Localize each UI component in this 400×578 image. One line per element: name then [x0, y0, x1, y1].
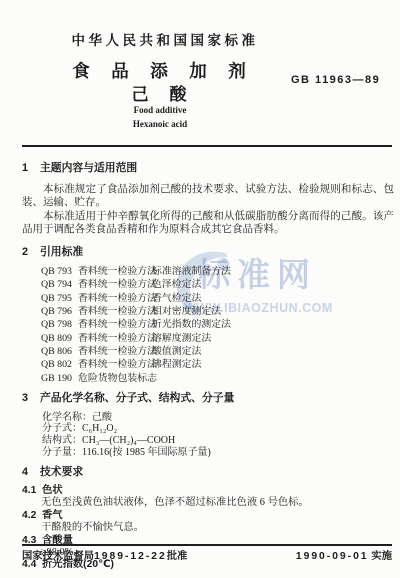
document-title-line2: 己 酸 [20, 80, 300, 105]
standard-number: GB 11963—89 [291, 74, 380, 86]
reference-code: GB 190 [41, 372, 78, 385]
section1-number: 1 [22, 162, 40, 176]
implementation-statement: 1990-09-01 实施 [296, 547, 392, 562]
implementation-date: 1990-09-01 [296, 551, 369, 562]
reference-row: QB 806 香料统一检验方法 酸值测定法 [41, 345, 394, 358]
reference-name: 色泽检定法 [152, 278, 201, 291]
chemical-info-line: 结构式：CH₃—(CH₂)₄—COOH [42, 435, 394, 447]
section4-number: 4 [22, 466, 40, 480]
reference-name: 溶解度测定法 [152, 332, 211, 345]
national-standard-label: 中华人民共和国国家标准 [30, 29, 300, 49]
technical-requirement-item: 4.2香气 干酪般的不愉快气息。 [22, 510, 394, 535]
reference-method: 香料统一检验方法 [78, 332, 152, 345]
section1-paragraph2: 本标准适用于仲辛醇氧化所得的己酸和从低碳脂肪酸分离而得的己酸。该产品用于调配各类… [22, 210, 394, 237]
references-list: QB 793 香料统一检验方法 标准溶液制备方法 QB 794 香料统一检验方法… [22, 265, 394, 385]
section3-heading: 3产品化学名称、分子式、结构式、分子量 [22, 392, 394, 406]
technical-requirement-title: 色状 [42, 485, 63, 496]
reference-row: GB 190 危险货物包装标志 [41, 372, 394, 385]
english-subtitle-line1: Food additive [20, 105, 300, 115]
reference-code: QB 809 [41, 332, 78, 345]
reference-name: 沸程测定法 [152, 358, 201, 371]
technical-requirement-number: 4.1 [22, 485, 42, 497]
section2-title: 引用标准 [40, 246, 83, 258]
reference-code: QB 796 [41, 305, 78, 318]
reference-code: QB 793 [41, 265, 78, 278]
implementation-suffix: 实施 [371, 551, 392, 562]
reference-method: 危险货物包装标志 [78, 372, 152, 385]
reference-row: QB 798 香料统一检验方法 折光指数的测定法 [41, 318, 394, 331]
reference-name: 相对密度测定法 [152, 305, 221, 318]
reference-code: QB 802 [41, 358, 78, 371]
section4-title: 技术要求 [40, 466, 83, 478]
technical-requirement-title: 香气 [42, 510, 63, 521]
header-divider [22, 145, 392, 147]
technical-requirement-text: 干酪般的不愉快气息。 [22, 522, 394, 534]
reference-method: 香料统一检验方法 [78, 318, 152, 331]
approval-suffix: 批准 [167, 551, 188, 562]
approval-statement: 国家技术监督局1989-12-22批准 [22, 547, 187, 562]
reference-row: QB 794 香料统一检验方法 色泽检定法 [41, 278, 394, 291]
approval-date: 1989-12-22 [94, 551, 167, 562]
technical-requirement-text: 无色至浅黄色油状液体，色泽不超过标准比色液 6 号色标。 [22, 497, 394, 509]
section3-number: 3 [22, 392, 40, 406]
reference-row: QB 802 香料统一检验方法 沸程测定法 [41, 358, 394, 371]
reference-row: QB 795 香料统一检验方法 香气检定法 [41, 292, 394, 305]
reference-code: QB 806 [41, 345, 78, 358]
reference-name: 香气检定法 [152, 292, 201, 305]
section3-title: 产品化学名称、分子式、结构式、分子量 [40, 392, 234, 404]
technical-requirement-heading: 4.2香气 [22, 510, 394, 522]
document-body: 1主题内容与适用范围 本标准规定了食品添加剂己酸的技术要求、试验方法、检验规则和… [22, 158, 394, 572]
technical-requirement-heading: 4.1色状 [22, 485, 394, 497]
reference-method: 香料统一检验方法 [78, 265, 152, 278]
section1-title: 主题内容与适用范围 [40, 162, 137, 174]
reference-method: 香料统一检验方法 [78, 278, 152, 291]
reference-name: 折光指数的测定法 [152, 318, 231, 331]
reference-method: 香料统一检验方法 [78, 358, 152, 371]
chemical-info-list: 化学名称：己酸 分子式：C₆H₁₂O₂ 结构式：CH₃—(CH₂)₄—COOH … [22, 412, 394, 459]
technical-requirement-number: 4.2 [22, 510, 42, 522]
reference-method: 香料统一检验方法 [78, 292, 152, 305]
section1-heading: 1主题内容与适用范围 [22, 162, 394, 176]
english-subtitle-line2: Hexanoic acid [20, 119, 300, 129]
reference-name: 酸值测定法 [152, 345, 201, 358]
section2-heading: 2引用标准 [22, 246, 394, 260]
section4-heading: 4技术要求 [22, 466, 394, 480]
section1-paragraph1: 本标准规定了食品添加剂己酸的技术要求、试验方法、检验规则和标志、包装、运输、贮存… [22, 183, 394, 210]
chemical-info-line: 分子式：C₆H₁₂O₂ [42, 423, 394, 435]
reference-code: QB 794 [41, 278, 78, 291]
footer-divider [22, 544, 392, 546]
document-footer: 国家技术监督局1989-12-22批准 1990-09-01 实施 [22, 547, 392, 562]
section2-number: 2 [22, 246, 40, 260]
reference-method: 香料统一检验方法 [78, 345, 152, 358]
chemical-info-line: 分子量：116.16(按 1985 年国际原子量) [42, 447, 394, 459]
chemical-info-line: 化学名称：己酸 [42, 412, 394, 424]
reference-row: QB 809 香料统一检验方法 溶解度测定法 [41, 332, 394, 345]
reference-method: 香料统一检验方法 [78, 305, 152, 318]
reference-row: QB 793 香料统一检验方法 标准溶液制备方法 [41, 265, 394, 278]
reference-code: QB 795 [41, 292, 78, 305]
technical-requirement-item: 4.1色状 无色至浅黄色油状液体，色泽不超过标准比色液 6 号色标。 [22, 485, 394, 510]
reference-name: 标准溶液制备方法 [152, 265, 231, 278]
reference-code: QB 798 [41, 318, 78, 331]
standard-document-page: 标准网 WWW.IBIAOZHUN.COM 中华人民共和国国家标准 食 品 添 … [0, 0, 400, 578]
approval-agency: 国家技术监督局 [22, 551, 94, 562]
reference-row: QB 796 香料统一检验方法 相对密度测定法 [41, 305, 394, 318]
